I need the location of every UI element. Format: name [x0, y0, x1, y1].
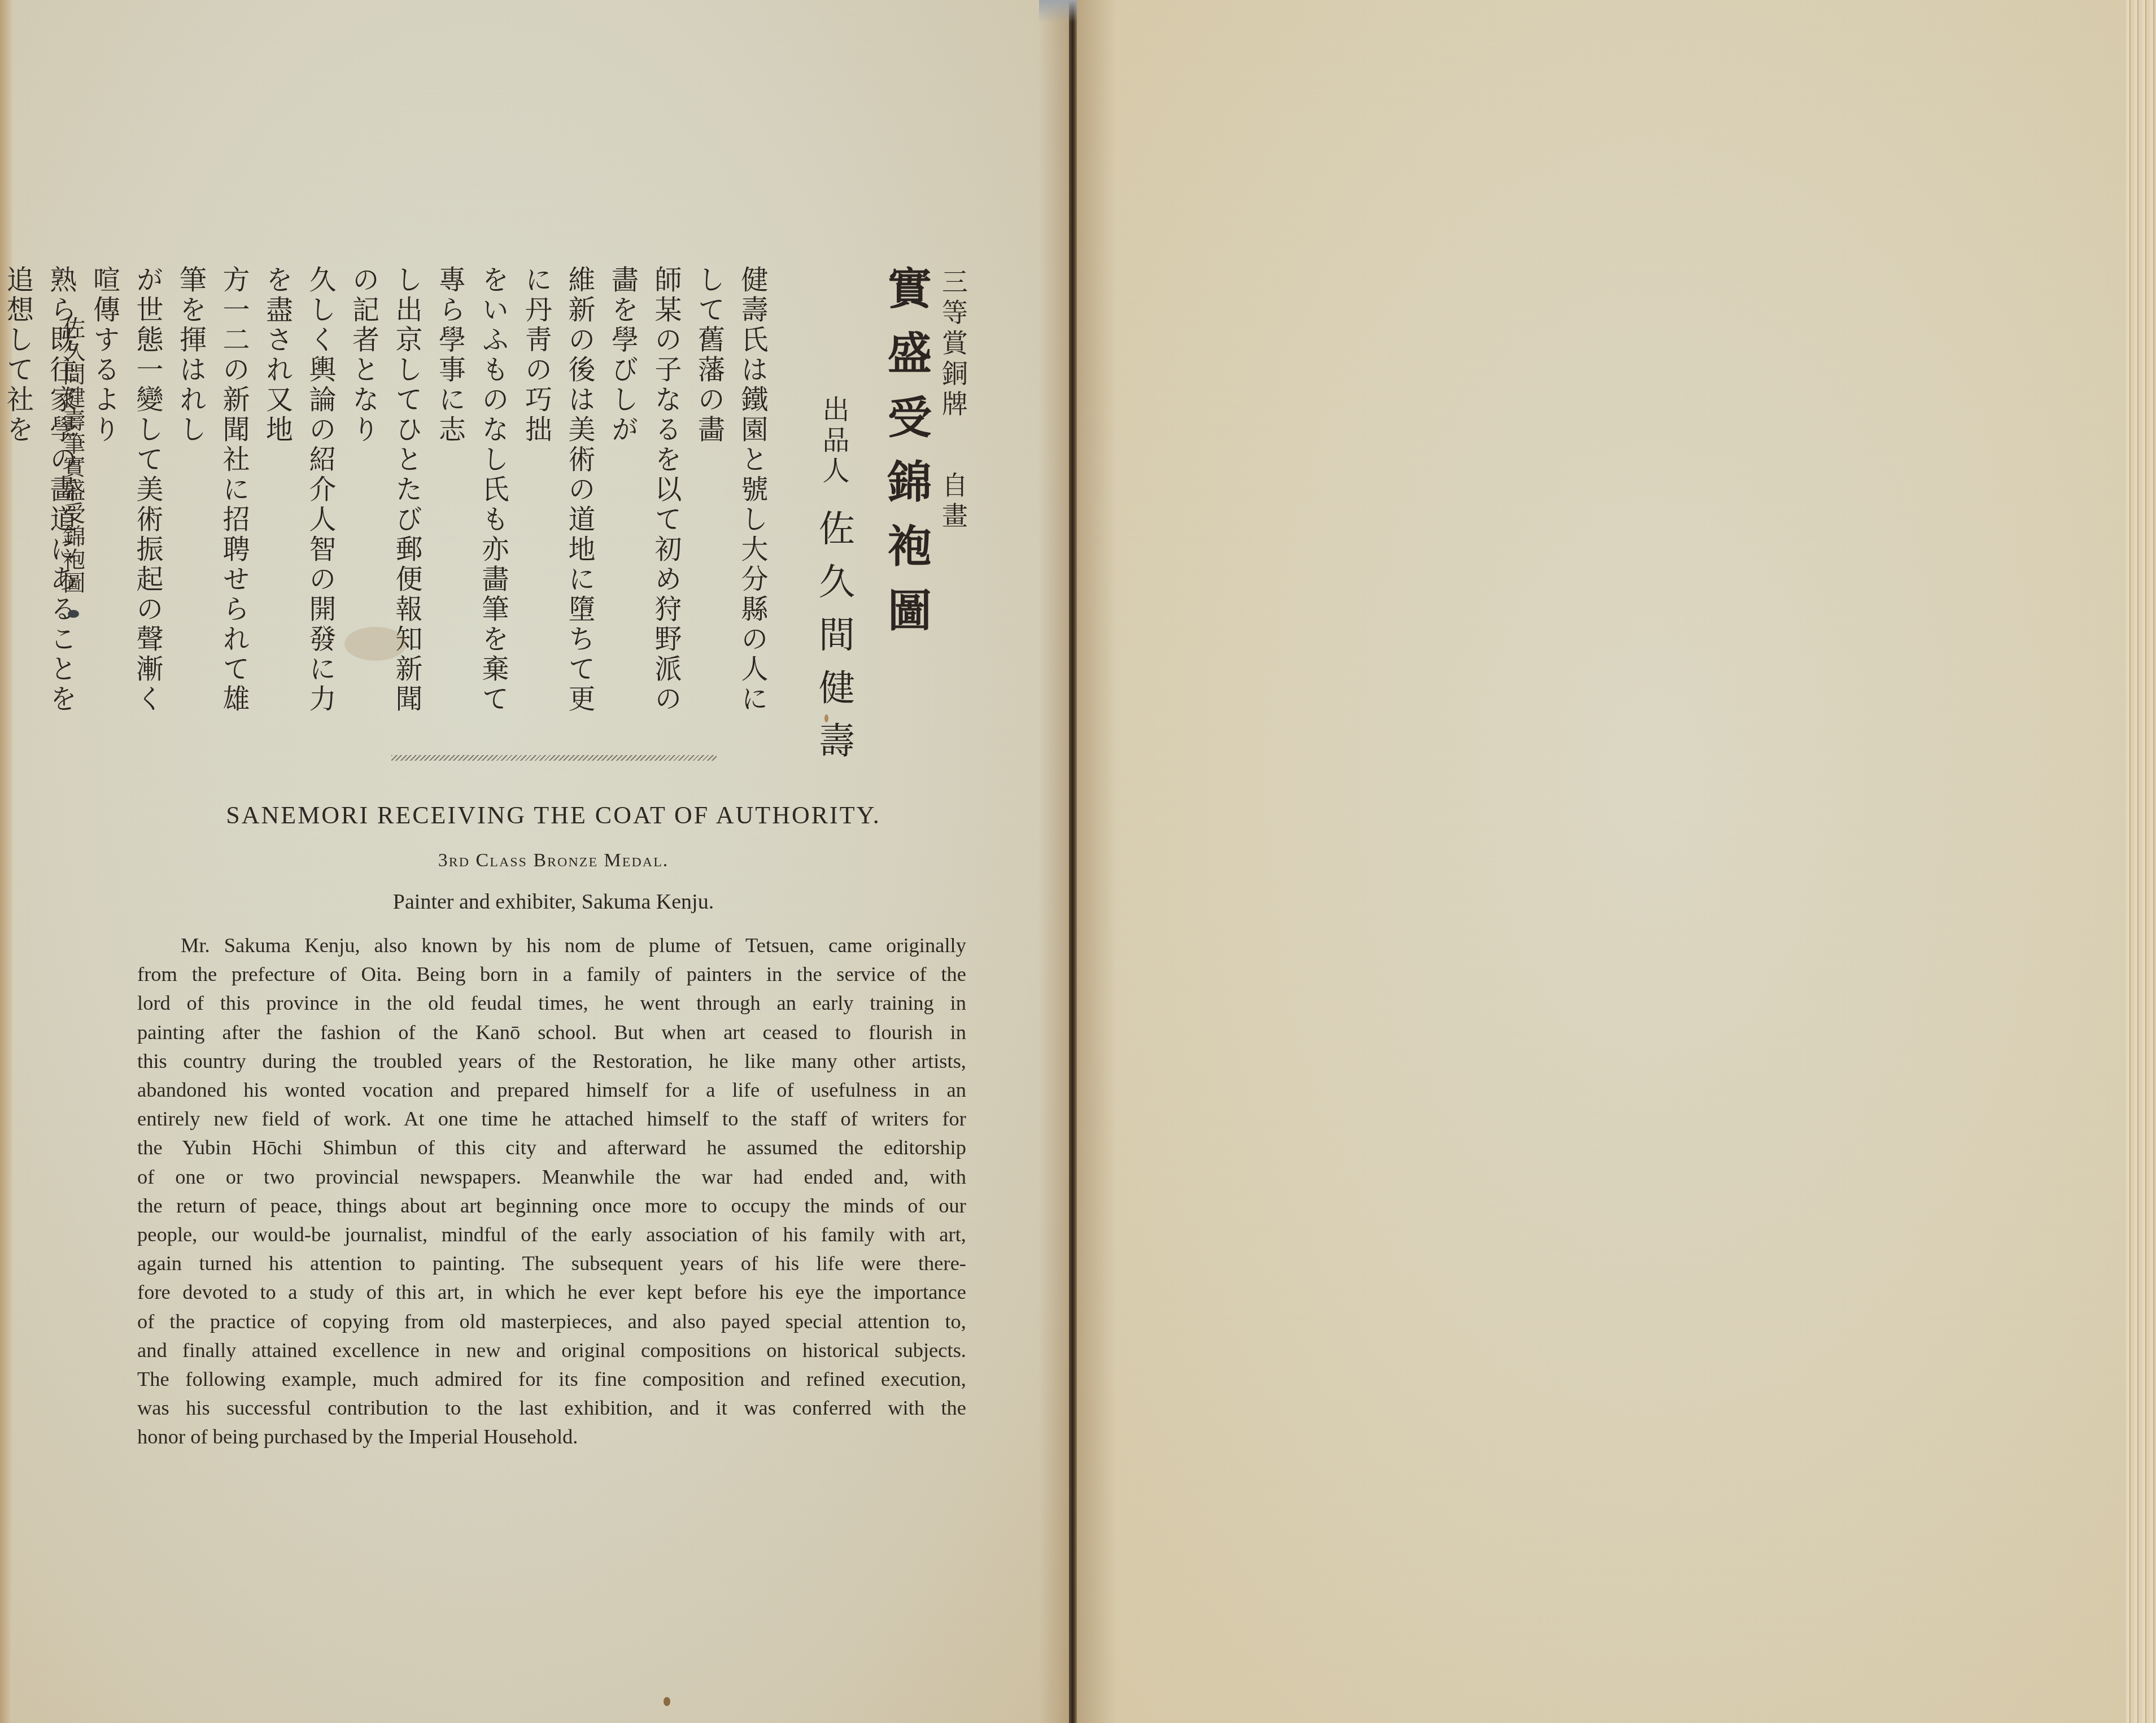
body-line: of the practice of copying from old mast… [137, 1307, 966, 1336]
wavy-divider [391, 755, 717, 761]
body-line: fore devoted to a study of this art, in … [137, 1277, 966, 1306]
right-page-blank [1077, 0, 2126, 1723]
body-line: was his successful contribution to the l… [137, 1393, 966, 1422]
jp-body-column: 方一二の新聞社に招聘せられて雄筆を揮はれし [169, 265, 255, 734]
body-line: abandoned his wonted vocation and prepar… [137, 1075, 966, 1104]
body-line: painting after the fashion of the Kanō s… [137, 1018, 966, 1046]
paper-stain [824, 714, 828, 722]
award-rank: 三等賞銅牌 [938, 268, 968, 421]
page-edges [2126, 0, 2156, 1723]
ink-spot [68, 610, 79, 618]
english-subtitle: 3rd Class Bronze Medal. [0, 850, 1107, 871]
body-line: The following example, much admired for … [137, 1364, 966, 1393]
body-line: people, our would-be journalist, mindful… [137, 1220, 966, 1249]
body-line: honor of being purchased by the Imperial… [137, 1422, 966, 1451]
body-line: lord of this province in the old feudal … [137, 988, 966, 1017]
exhibitor-label: 出品人 [818, 395, 849, 487]
japanese-body-text: 健壽氏は鐵園と號し大分縣の人にして舊藩の畵 師某の子なるを以て初め狩野派の畵を學… [136, 265, 774, 734]
english-painter-line: Painter and exhibiter, Sakuma Kenju. [0, 889, 1107, 914]
body-line: entirely new field of work. At one time … [137, 1104, 966, 1133]
award-technique: 自畫 [938, 472, 968, 533]
book-gutter [1069, 0, 1077, 1723]
english-body-paragraph: Mr. Sakuma Kenju, also known by his nom … [137, 931, 966, 1451]
exhibitor-line: 出品人佐久間健壽 [808, 395, 859, 775]
body-line: from the prefecture of Oita. Being born … [137, 959, 966, 988]
body-line: again turned his attention to painting. … [137, 1249, 966, 1277]
jp-body-column: し出京してひとたび郵便報知新聞の記者となり [342, 265, 428, 734]
paper-stain [664, 1697, 670, 1706]
jp-body-column: 健壽氏は鐵園と號し大分縣の人にして舊藩の畵 [687, 265, 774, 734]
body-line: this country during the troubled years o… [137, 1046, 966, 1075]
jp-body-column: が世態一變して美術振起の聲漸く喧傳するより [82, 265, 169, 734]
body-line: of one or two provincial newspapers. Mea… [137, 1162, 966, 1191]
body-line: the return of peace, things about art be… [137, 1191, 966, 1220]
exhibitor-name: 佐久間健壽 [813, 509, 854, 775]
paper-stain [344, 627, 407, 661]
book-spread: 三等賞銅牌自畫 實盛受錦袍圖 出品人佐久間健壽 健壽氏は鐵園と號し大分縣の人にし… [0, 0, 2156, 1723]
english-title: SANEMORI RECEIVING THE COAT OF AUTHORITY… [0, 801, 1107, 830]
left-page: 三等賞銅牌自畫 實盛受錦袍圖 出品人佐久間健壽 健壽氏は鐵園と號し大分縣の人にし… [0, 0, 1072, 1723]
body-line: Mr. Sakuma Kenju, also known by his nom … [137, 931, 966, 959]
body-line: the Yubin Hōchi Shimbun of this city and… [137, 1133, 966, 1162]
japanese-title: 實盛受錦袍圖 [874, 265, 937, 652]
jp-body-column: 維新の後は美術の道地に墮ちて更に丹靑の巧拙 [514, 265, 601, 734]
award-line: 三等賞銅牌自畫 [935, 268, 972, 533]
body-line: and finally attained excellence in new a… [137, 1336, 966, 1364]
japanese-caption: 佐久間健壽筆實盛受錦袍圖 [56, 316, 89, 594]
jp-body-column: 久しく輿論の紹介人智の開發に力を盡され又地 [255, 265, 342, 734]
jp-body-column: 師某の子なるを以て初め狩野派の畵を學びしが [601, 265, 687, 734]
jp-body-column: をいふものなし氏も亦畵筆を棄て專ら學事に志 [428, 265, 514, 734]
